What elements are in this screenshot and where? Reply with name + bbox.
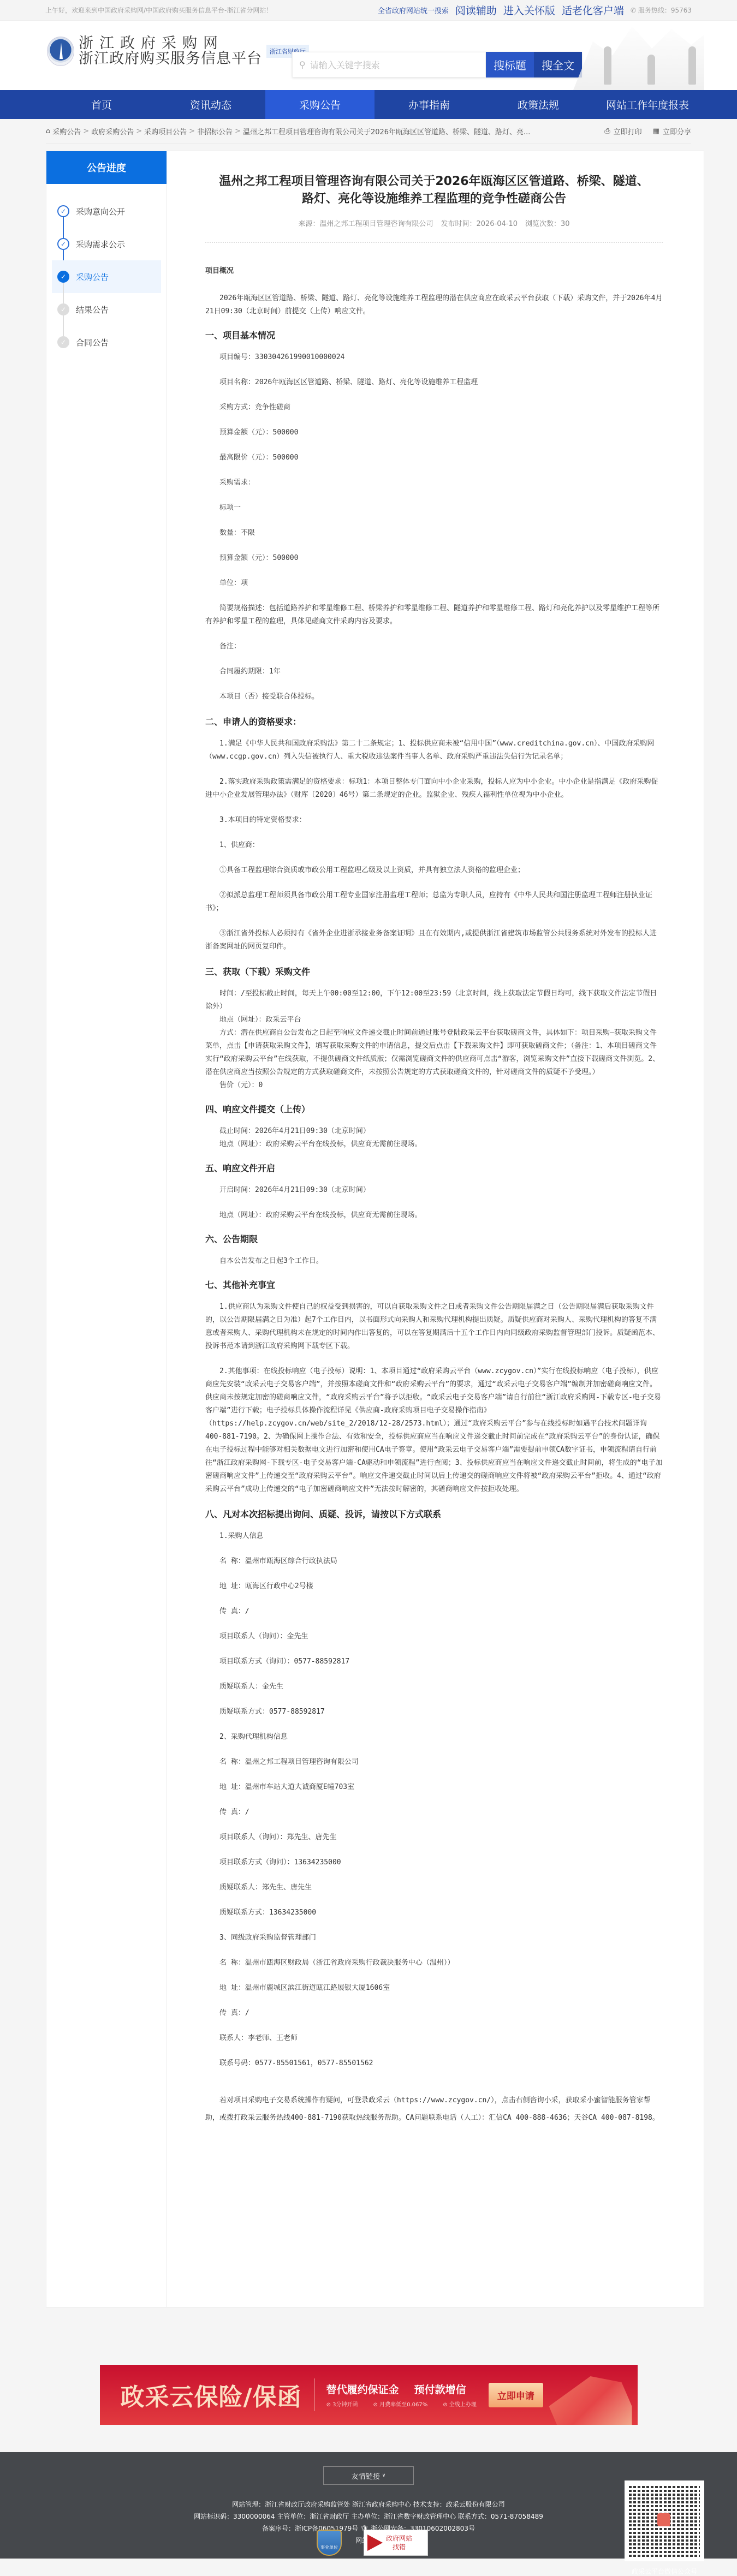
search-title-button[interactable]: 搜标题 — [486, 52, 534, 77]
nav-procurement-notices[interactable]: 采购公告 — [265, 90, 375, 119]
article-publish-time: 发布时间：2026-04-10 — [441, 218, 518, 228]
step-demand[interactable]: ✓ 采购需求公示 — [46, 228, 167, 260]
progress-sidebar: 公告进度 ✓ 采购意向公开 ✓ 采购需求公示 ✓ 采购公告 ✓ 结果公告 — [46, 151, 167, 2307]
article: 温州之邦工程项目管理咨询有限公司关于2026年瓯海区区管道路、桥梁、隧道、路灯、… — [167, 151, 704, 2307]
sidebar-title: 公告进度 — [46, 151, 167, 184]
site-logo[interactable]: 浙江政府采购网 浙江政府购买服务信息平台 浙江省财政厅 — [47, 36, 309, 67]
section-heading: 四、响应文件提交（上传） — [205, 1103, 663, 1116]
home-icon[interactable]: ⌂ — [46, 127, 50, 135]
printer-icon: ⎙ — [604, 127, 610, 135]
section-heading: 二、申请人的资格要求： — [205, 715, 663, 729]
banner-illustration — [528, 2370, 632, 2425]
breadcrumb-item[interactable]: 非招标公告 — [197, 126, 233, 136]
main-nav: 首页 资讯动态 采购公告 办事指南 政策法规 网站工作年度报表 — [0, 90, 737, 119]
content-card: 公告进度 ✓ 采购意向公开 ✓ 采购需求公示 ✓ 采购公告 ✓ 结果公告 — [46, 151, 704, 2307]
banner-sub: ⊘ 月费率低至0.067% — [373, 2400, 428, 2408]
site-footer: 友情链接∨ 网站管理：浙江省财政厅政府采购监管处 浙江省政府采购中心 技术支持：… — [0, 2452, 737, 2559]
check-icon: ✓ — [57, 205, 69, 217]
closing-note: 若对项目采购电子交易系统操作有疑问，可登录政采云（https://www.zcy… — [205, 2092, 663, 2127]
step-intent[interactable]: ✓ 采购意向公开 — [46, 195, 167, 228]
pagoda-decoration — [647, 55, 655, 85]
article-title: 温州之邦工程项目管理咨询有限公司关于2026年瓯海区区管道路、桥梁、隧道、路灯、… — [205, 173, 663, 208]
article-source: 来源：温州之邦工程项目管理咨询有限公司 — [298, 218, 433, 228]
divider — [205, 242, 663, 243]
section-heading: 一、项目基本情况 — [205, 329, 663, 342]
section-heading: 五、响应文件开启 — [205, 1162, 663, 1175]
nav-home[interactable]: 首页 — [47, 90, 156, 119]
search-bar: ⚲ 请输入关键字搜索 搜标题 搜全文 — [292, 52, 582, 77]
check-icon: ✓ — [57, 271, 69, 283]
elderly-client-link[interactable]: 适老化客户端 — [562, 3, 624, 17]
qr-caption: 政采云平台微信公众号 — [625, 2567, 704, 2576]
step-announcement[interactable]: ✓ 采购公告 — [52, 260, 161, 293]
banner-feature: 预付款增信 — [414, 2382, 466, 2396]
section-heading: 三、获取（下载）采购文件 — [205, 965, 663, 979]
nav-guide[interactable]: 办事指南 — [375, 90, 484, 119]
unified-search-link[interactable]: 全省政府网站统一搜索 — [378, 5, 449, 15]
check-icon: ✓ — [57, 303, 69, 315]
care-mode-link[interactable]: 进入关怀版 — [503, 3, 555, 17]
check-icon: ✓ — [57, 238, 69, 250]
error-report-icon — [367, 2535, 383, 2551]
reading-assist-link[interactable]: 阅读辅助 — [455, 3, 497, 17]
insurance-banner[interactable]: 政采云保险/保函 替代履约保证金 预付款增信 ⊘ 3分钟开函 ⊘ 月费率低至0.… — [100, 2365, 638, 2425]
banner-feature: 替代履约保证金 — [326, 2382, 399, 2396]
share-button[interactable]: ▦立即分享 — [653, 126, 691, 136]
section-heading: 八、凡对本次招标提出询问、质疑、投诉，请按以下方式联系 — [205, 1508, 663, 1521]
site-name-line1: 浙江政府采购网 — [79, 36, 262, 51]
friend-links-dropdown[interactable]: 友情链接∨ — [323, 2466, 414, 2485]
mountains-decoration — [573, 21, 704, 90]
phone-icon: ✆ — [631, 7, 638, 14]
nav-news[interactable]: 资讯动态 — [156, 90, 265, 119]
banner-sub: ⊘ 3分钟开函 — [326, 2400, 358, 2408]
section-heading: 七、其他补充事宜 — [205, 1279, 663, 1292]
search-input[interactable]: ⚲ 请输入关键字搜索 — [292, 52, 486, 77]
site-name-line2: 浙江政府购买服务信息平台 — [79, 51, 262, 67]
nav-policy[interactable]: 政策法规 — [484, 90, 593, 119]
chevron-down-icon: ∨ — [382, 2473, 386, 2478]
qr-code-icon: ▦ — [653, 127, 659, 135]
nav-annual-report[interactable]: 网站工作年度报表 — [593, 90, 702, 119]
breadcrumb-current: 温州之邦工程项目管理咨询有限公司关于2026年瓯海区区管道路、桥梁、隧道、路灯、… — [243, 126, 530, 136]
breadcrumb-item[interactable]: 采购公告 — [52, 126, 81, 136]
breadcrumb-item[interactable]: 采购项目公告 — [144, 126, 187, 136]
overview-heading: 项目概况 — [205, 265, 663, 278]
breadcrumb-item[interactable]: 政府采购公告 — [91, 126, 134, 136]
section-heading: 六、公告期限 — [205, 1233, 663, 1246]
check-icon: ✓ — [57, 336, 69, 348]
search-icon: ⚲ — [299, 59, 306, 70]
emblem-icon — [47, 37, 74, 66]
article-meta: 来源：温州之邦工程项目管理咨询有限公司 发布时间：2026-04-10 浏览次数… — [205, 218, 663, 228]
apply-now-button[interactable]: 立即申请 — [489, 2383, 543, 2407]
print-button[interactable]: ⎙立即打印 — [604, 126, 641, 136]
wechat-qr: 政采云平台微信公众号 — [625, 2480, 704, 2576]
overview-text: 2026年瓯海区区管道路、桥梁、隧道、路灯、亮化等设施维养工程监理的潜在供应商应… — [205, 292, 663, 318]
gov-site-error-report[interactable]: 政府网站找错 — [364, 2530, 428, 2556]
breadcrumb: ⌂ 采购公告> 政府采购公告> 采购项目公告> 非招标公告> 温州之邦工程项目管… — [46, 119, 691, 144]
site-header: 浙江政府采购网 浙江政府购买服务信息平台 浙江省财政厅 ⚲ 请输入关键字搜索 搜… — [0, 21, 737, 90]
top-bar: 上午好，欢迎来到中国政府采购网/中国政府购买服务信息平台-浙江省分网站！ 全省政… — [0, 0, 737, 21]
greeting-text: 上午好，欢迎来到中国政府采购网/中国政府购买服务信息平台-浙江省分网站！ — [45, 5, 272, 15]
article-body: 项目概况 2026年瓯海区区管道路、桥梁、隧道、路灯、亮化等设施维养工程监理的潜… — [205, 265, 663, 2127]
article-views: 浏览次数：30 — [525, 218, 570, 228]
qr-code-icon — [629, 2485, 700, 2557]
institution-badge-icon[interactable]: 事业单位 — [317, 2530, 342, 2556]
hotline: ✆ 服务热线：95763 — [631, 5, 692, 15]
banner-sub: ⊘ 全线上办理 — [443, 2400, 477, 2408]
banner-headline: 政采云保险/保函 — [121, 2377, 302, 2412]
search-fulltext-button[interactable]: 搜全文 — [534, 52, 582, 77]
step-contract[interactable]: ✓ 合同公告 — [46, 326, 167, 359]
pagoda-decoration — [604, 46, 611, 85]
step-result[interactable]: ✓ 结果公告 — [46, 293, 167, 326]
pagoda-decoration — [688, 46, 696, 85]
